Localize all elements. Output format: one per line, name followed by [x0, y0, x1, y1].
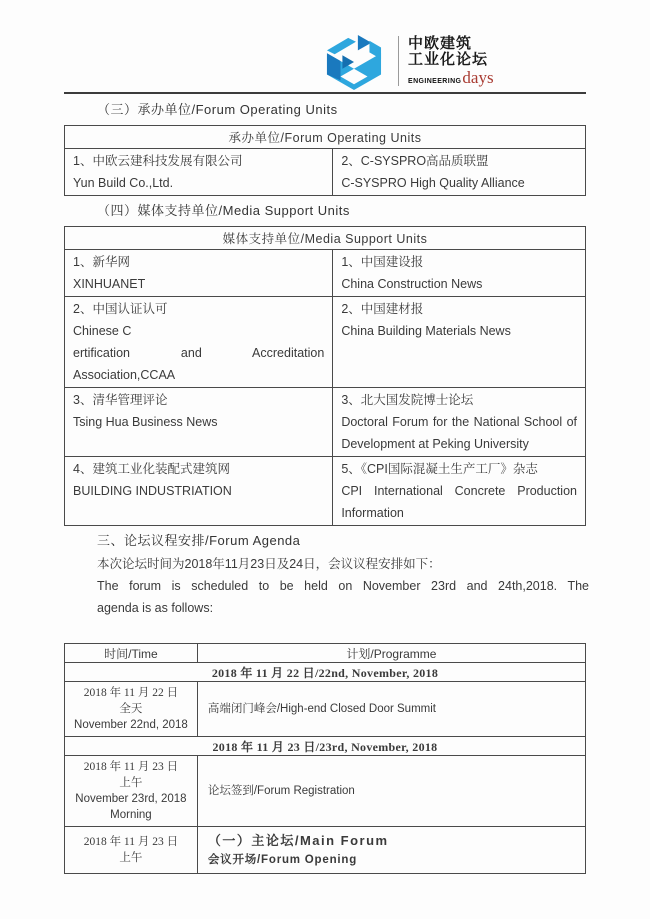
media-name-zh: 1、新华网 — [73, 251, 324, 273]
org-name-en: C-SYSPRO High Quality Alliance — [341, 172, 577, 194]
agenda-row: 2018 年 11 月 22 日 全天 November 22nd, 2018 … — [65, 682, 586, 737]
media-name-zh: 3、清华管理评论 — [73, 389, 324, 411]
operating-right-cell: 2、C-SYSPRO高品质联盟 C-SYSPRO High Quality Al… — [333, 149, 586, 196]
time-period-zh: 全天 — [67, 701, 195, 717]
media-cell: 4、建筑工业化装配式建筑网 BUILDING INDUSTRIATION — [65, 457, 333, 526]
programme-cell: 论坛签到/Forum Registration — [197, 756, 585, 827]
table-row: 2、中国认证认可 Chinese C ertification and Accr… — [65, 297, 586, 388]
brand-line2: 工业化论坛 — [408, 52, 494, 68]
media-name-en: Doctoral Forum for the National School o… — [341, 411, 577, 433]
org-name-zh: 2、C-SYSPRO高品质联盟 — [341, 150, 577, 172]
media-name-en: CPI International Concrete Production — [341, 480, 577, 502]
time-date: 2018 年 11 月 23 日 — [67, 759, 195, 775]
media-name-en: China Building Materials News — [341, 320, 577, 342]
time-date: 2018 年 11 月 22 日 — [67, 685, 195, 701]
agenda-intro-en: The forum is scheduled to be held on Nov… — [97, 575, 589, 597]
date-banner-23: 2018 年 11 月 23 日/23rd, November, 2018 — [65, 737, 586, 756]
date-banner-22: 2018 年 11 月 22 日/22nd, November, 2018 — [65, 663, 586, 682]
time-date-en: November 22nd, 2018 — [67, 717, 195, 733]
media-cell: 2、中国认证认可 Chinese C ertification and Accr… — [65, 297, 333, 388]
media-name-zh: 2、中国建材报 — [341, 298, 577, 320]
table-row: 1、中欧云建科技发展有限公司 Yun Build Co.,Ltd. 2、C-SY… — [65, 149, 586, 196]
table-row: 1、新华网 XINHUANET 1、中国建设报 China Constructi… — [65, 250, 586, 297]
media-cell: 2、中国建材报 China Building Materials News — [333, 297, 586, 388]
time-cell: 2018 年 11 月 22 日 全天 November 22nd, 2018 — [65, 682, 198, 737]
media-name-en: Development at Peking University — [341, 433, 577, 455]
media-cell: 1、中国建设报 China Construction News — [333, 250, 586, 297]
date-banner-row: 2018 年 11 月 22 日/22nd, November, 2018 — [65, 663, 586, 682]
operating-units-table: 承办单位/Forum Operating Units 1、中欧云建科技发展有限公… — [64, 125, 586, 196]
agenda-row: 2018 年 11 月 23 日 上午 November 23rd, 2018 … — [65, 756, 586, 827]
media-name-zh: 5、《CPI国际混凝土生产工厂》杂志 — [341, 458, 577, 480]
header-rule — [64, 92, 586, 94]
media-name-en: Association,CCAA — [73, 364, 324, 386]
table-header-row: 承办单位/Forum Operating Units — [65, 126, 586, 149]
brand-subtitle: ENGINEERING days — [408, 71, 494, 85]
media-name-en: ertification and Accreditation — [73, 342, 324, 364]
days-label: days — [462, 71, 493, 85]
org-name-zh: 1、中欧云建科技发展有限公司 — [73, 150, 324, 172]
logo: 中欧建筑 工业化论坛 ENGINEERING days — [318, 0, 650, 92]
programme-cell: 高端闭门峰会/High-end Closed Door Summit — [197, 682, 585, 737]
programme-text: 高端闭门峰会/High-end Closed Door Summit — [208, 701, 577, 718]
media-cell: 1、新华网 XINHUANET — [65, 250, 333, 297]
logo-wordmark: 中欧建筑 工业化论坛 ENGINEERING days — [408, 34, 494, 85]
time-header-cell: 时间/Time — [65, 644, 198, 663]
agenda-intro-zh: 本次论坛时间为2018年11月23日及24日，会议议程安排如下： — [97, 553, 589, 575]
brand-line1: 中欧建筑 — [408, 36, 494, 52]
media-name-zh: 1、中国建设报 — [341, 251, 577, 273]
agenda-intro: 本次论坛时间为2018年11月23日及24日，会议议程安排如下： The for… — [97, 553, 589, 619]
date-banner-row: 2018 年 11 月 23 日/23rd, November, 2018 — [65, 737, 586, 756]
media-name-en: Tsing Hua Business News — [73, 411, 324, 433]
media-name-en: BUILDING INDUSTRIATION — [73, 480, 324, 502]
operating-table-title: 承办单位/Forum Operating Units — [65, 126, 586, 149]
media-support-table: 媒体支持单位/Media Support Units 1、新华网 XINHUAN… — [64, 226, 586, 526]
logo-cube-icon — [318, 34, 390, 90]
logo-divider — [398, 36, 399, 86]
time-date-en: November 23rd, 2018 — [67, 791, 195, 807]
section-heading-media: （四）媒体支持单位/Media Support Units — [97, 202, 586, 219]
agenda-table: 时间/Time 计划/Programme 2018 年 11 月 22 日/22… — [64, 643, 586, 874]
operating-left-cell: 1、中欧云建科技发展有限公司 Yun Build Co.,Ltd. — [65, 149, 333, 196]
media-name-en: Chinese C — [73, 320, 324, 342]
media-name-en: Information — [341, 502, 577, 524]
org-name-en: Yun Build Co.,Ltd. — [73, 172, 324, 194]
document-page: 中欧建筑 工业化论坛 ENGINEERING days （三）承办单位/Foru… — [0, 0, 650, 919]
table-row: 4、建筑工业化装配式建筑网 BUILDING INDUSTRIATION 5、《… — [65, 457, 586, 526]
programme-opening: 会议开场/Forum Opening — [208, 851, 577, 869]
time-cell: 2018 年 11 月 23 日 上午 November 23rd, 2018 … — [65, 756, 198, 827]
table-header-row: 媒体支持单位/Media Support Units — [65, 227, 586, 250]
media-name-en: XINHUANET — [73, 273, 324, 295]
agenda-header-row: 时间/Time 计划/Programme — [65, 644, 586, 663]
time-date: 2018 年 11 月 23 日 — [67, 834, 195, 850]
programme-cell: （一）主论坛/Main Forum 会议开场/Forum Opening — [197, 827, 585, 874]
media-cell: 5、《CPI国际混凝土生产工厂》杂志 CPI International Con… — [333, 457, 586, 526]
media-name-zh: 3、北大国发院博士论坛 — [341, 389, 577, 411]
time-cell: 2018 年 11 月 23 日 上午 — [65, 827, 198, 874]
media-name-en: China Construction News — [341, 273, 577, 295]
media-cell: 3、清华管理评论 Tsing Hua Business News — [65, 388, 333, 457]
table-row: 3、清华管理评论 Tsing Hua Business News 3、北大国发院… — [65, 388, 586, 457]
time-period-zh: 上午 — [67, 850, 195, 866]
engineering-label: ENGINEERING — [408, 78, 461, 85]
media-name-zh: 4、建筑工业化装配式建筑网 — [73, 458, 324, 480]
media-cell: 3、北大国发院博士论坛 Doctoral Forum for the Natio… — [333, 388, 586, 457]
agenda-row: 2018 年 11 月 23 日 上午 （一）主论坛/Main Forum 会议… — [65, 827, 586, 874]
agenda-intro-en: agenda is as follows: — [97, 597, 589, 619]
programme-main-forum: （一）主论坛/Main Forum — [208, 831, 577, 851]
time-period-en: Morning — [67, 807, 195, 823]
agenda-heading: 三、论坛议程安排/Forum Agenda — [97, 532, 586, 549]
programme-text: 论坛签到/Forum Registration — [208, 783, 577, 800]
programme-header-cell: 计划/Programme — [197, 644, 585, 663]
media-table-title: 媒体支持单位/Media Support Units — [65, 227, 586, 250]
media-name-zh: 2、中国认证认可 — [73, 298, 324, 320]
section-heading-operating: （三）承办单位/Forum Operating Units — [97, 101, 586, 118]
time-period-zh: 上午 — [67, 775, 195, 791]
